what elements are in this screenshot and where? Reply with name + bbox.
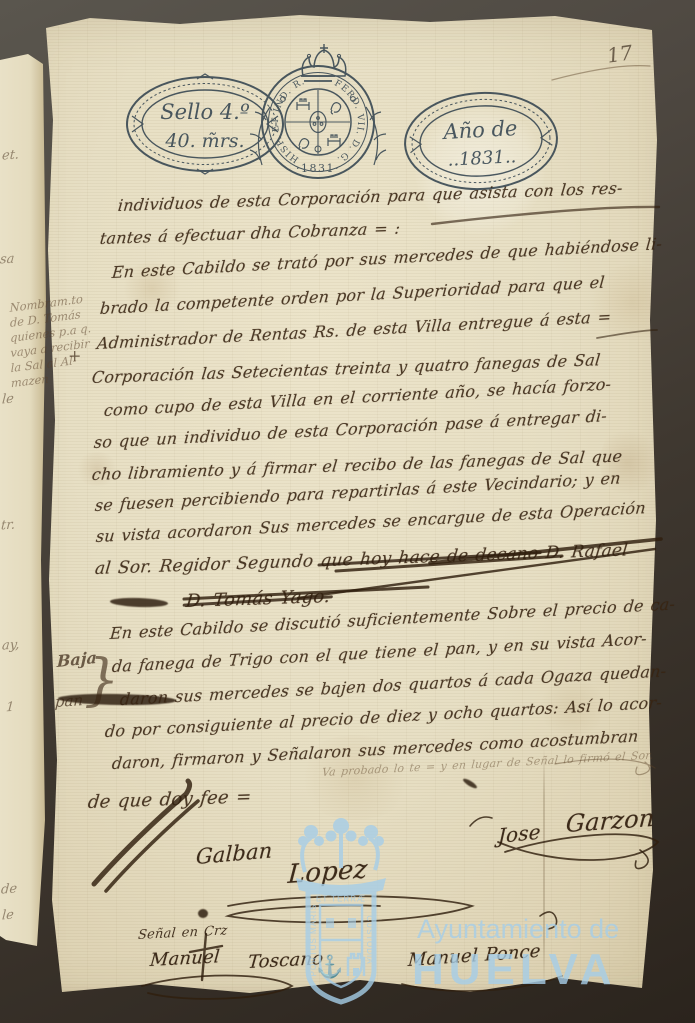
watermark-line2: HUELVA — [412, 945, 616, 994]
huelva-watermark: ET TERRÆ PORTUS MARIS CUSTODIA ⚓ Ayuntam… — [0, 0, 695, 1023]
archive-scan: et.saletr.ay,1dele Sello 4.º 40. m̃rs. — [0, 0, 695, 1023]
watermark-line1: Ayuntamiento de — [417, 914, 619, 944]
shield-motto-right: CUSTODIA — [365, 915, 374, 964]
huelva-crest-icon: ET TERRÆ PORTUS MARIS CUSTODIA ⚓ — [296, 818, 386, 1002]
shield-motto-top: ET TERRÆ — [316, 895, 366, 904]
anchor-icon: ⚓ — [316, 954, 343, 979]
